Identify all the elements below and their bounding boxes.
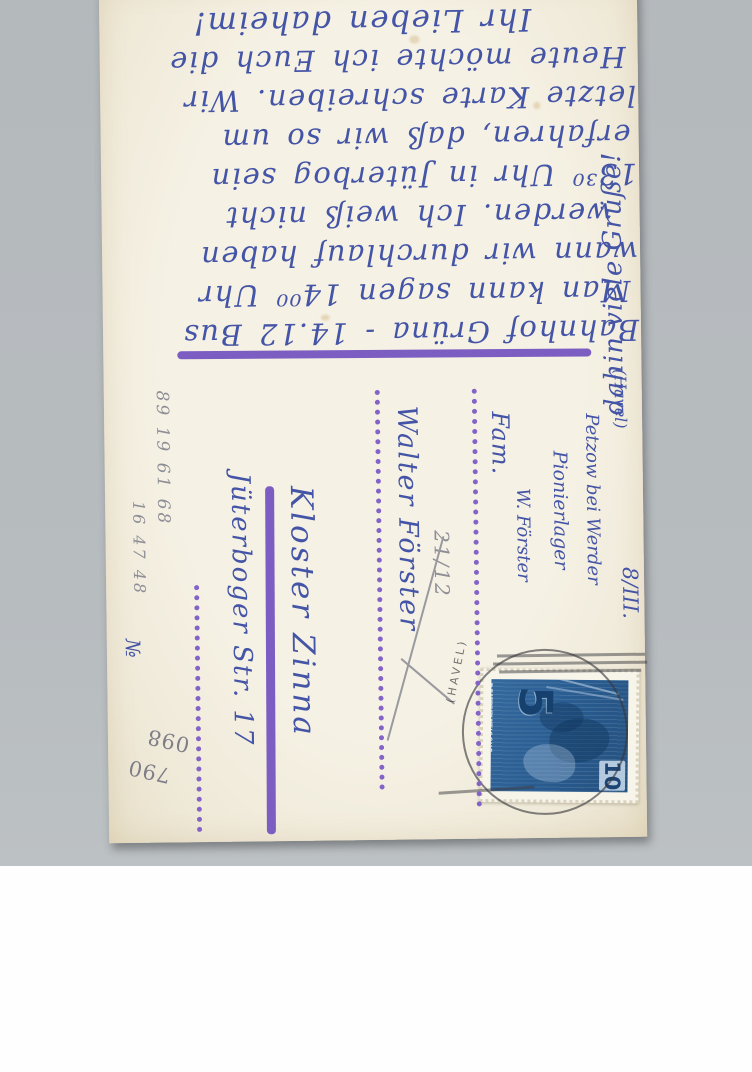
message-line: 13³⁰ Uhr in Jüterbog sein	[109, 154, 637, 199]
recipient-line-town: Kloster Zinna	[275, 486, 323, 791]
sender-line-havel: (Havel)	[605, 369, 630, 455]
message-line: wann wir durchlauf haben	[110, 232, 638, 277]
date-note: 8/III.	[612, 567, 643, 649]
message-line: erfahren, daß wir so um	[108, 115, 630, 160]
recipient-line-fam: Fam.	[484, 411, 515, 495]
message-line: Heute möchte ich Euch die	[107, 37, 625, 82]
scanned-postcard-back: Bahnhof Grüna - 14.12 Bus Man kann sagen…	[0, 0, 752, 1072]
pencil-code-mid: 16 47 48	[122, 501, 150, 643]
purple-underline-thick	[265, 486, 276, 834]
pencil-bottom-codes: 790 098	[104, 681, 188, 792]
message-line: letzte Karte schreiben. Wir	[108, 76, 636, 121]
message-line: werden. Ich weiß nicht	[109, 193, 611, 238]
purple-dotted-guide-3	[194, 585, 202, 832]
postcard: Bahnhof Grüna - 14.12 Bus Man kann sagen…	[99, 0, 647, 843]
sender-line-name: W. Förster	[508, 488, 535, 640]
sender-line-camp: Pionierlager	[544, 451, 572, 647]
stain-spot	[321, 315, 330, 321]
recipient-line-street: Jüterboger Str. 17	[215, 472, 259, 836]
margin-greeting: dahin viele Grüße!	[595, 15, 644, 416]
purple-divider-line	[177, 348, 591, 359]
message-block: Bahnhof Grüna - 14.12 Bus Man kann sagen…	[107, 0, 639, 355]
recipient-line-name: Walter Förster	[384, 405, 426, 711]
numero-ink-mark: №	[115, 639, 146, 685]
message-line: Man kann sagen 14⁰⁰ Uhr	[110, 271, 630, 316]
stain-spot	[409, 35, 419, 43]
purple-dotted-guide-2	[375, 390, 385, 790]
lower-white-band	[0, 866, 752, 1072]
stain-spot	[533, 102, 540, 109]
message-salutation: Ihr Lieben daheim!	[107, 0, 531, 43]
